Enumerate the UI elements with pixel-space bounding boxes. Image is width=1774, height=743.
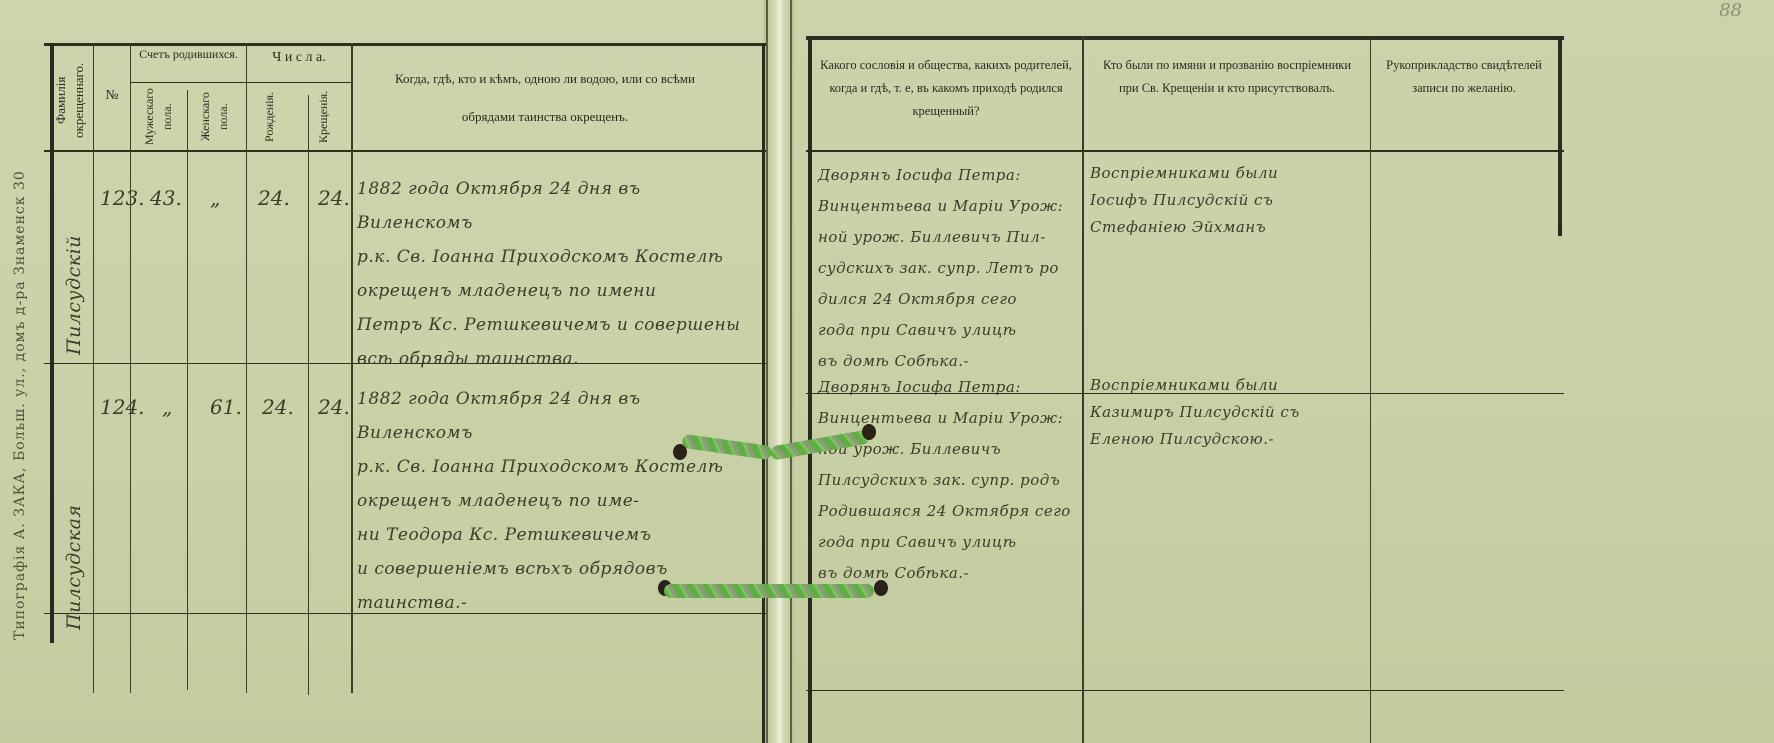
header-bottom-rule-right [806, 150, 1564, 152]
page-number: 88 [1719, 0, 1742, 21]
row-divider-right [806, 690, 1564, 691]
header-bottom-rule [44, 150, 766, 152]
header-female: Женскаго пола. [196, 86, 236, 148]
row2-female: 61. [210, 395, 242, 419]
row2-male: „ [162, 395, 172, 419]
row1-status: Дворянъ Іосифа Петра: Винцентьева и Марі… [818, 160, 1080, 377]
row1-when-where: 1882 года Октября 24 дня въ Виленскомъ р… [357, 172, 757, 376]
col-line-right [1082, 36, 1084, 743]
table-right-border-right [1558, 36, 1562, 236]
header-surname: Фамилія окрещеннаго. [52, 52, 92, 148]
col-line [187, 90, 188, 690]
header-dates: Ч и с л а. [247, 50, 351, 66]
header-birth-date: Рожденія. [262, 86, 292, 148]
row2-number: 124. [100, 395, 145, 419]
col-line [308, 95, 309, 695]
header-baptism-date: Крещенія. [316, 86, 346, 148]
binding-hole [862, 424, 876, 440]
header-when-where: Когда, гдѣ, кто и кѣмъ, одною ли водою, … [380, 60, 710, 136]
row2-godparents: Воспріемниками были Казимиръ Пилсудскій … [1090, 372, 1370, 453]
header-status: Какого сословія и общества, какихъ родит… [815, 54, 1077, 123]
subheader-rule [130, 82, 246, 83]
row2-surname: Пилсудская [58, 390, 90, 630]
table-left-border-right [808, 36, 812, 743]
col-line-right [1370, 36, 1371, 743]
row1-birth: 24. [258, 186, 290, 210]
row2-status: Дворянъ Іосифа Петра: Винцентьева и Марі… [818, 372, 1080, 589]
header-male: Мужескаго пола. [140, 86, 180, 148]
gutter-edge-right [790, 0, 792, 743]
col-line [130, 43, 131, 693]
table-top-rule-right [806, 36, 1564, 40]
binding-hole [874, 580, 888, 596]
header-signatures: Рукоприкладство свидѣтелей записи по жел… [1378, 54, 1550, 100]
printer-imprint: Типографія А. ЗАКА, Больш. ул., домъ д-р… [12, 150, 34, 660]
subheader-rule [246, 82, 351, 83]
row1-godparents: Воспріемниками были Іосифъ Пилсудскій съ… [1090, 160, 1370, 241]
row1-number: 123. [100, 186, 145, 210]
gutter-edge-left [766, 0, 768, 743]
header-birth-count: Счетъ родившихся. [131, 46, 246, 62]
col-line [351, 43, 353, 693]
header-godparents: Кто были по имяни и прозванію воспріемни… [1092, 54, 1362, 100]
col-line [93, 43, 94, 693]
row2-birth: 24. [262, 395, 294, 419]
row1-surname: Пилсудскій [58, 165, 90, 355]
row1-baptism: 24. [318, 186, 350, 210]
col-line [246, 43, 247, 693]
row2-baptism: 24. [318, 395, 350, 419]
row1-female: „ [210, 186, 220, 210]
binding-cord [664, 584, 874, 598]
table-right-border [762, 43, 765, 743]
row1-male: 43. [150, 186, 182, 210]
header-number: № [94, 88, 130, 104]
